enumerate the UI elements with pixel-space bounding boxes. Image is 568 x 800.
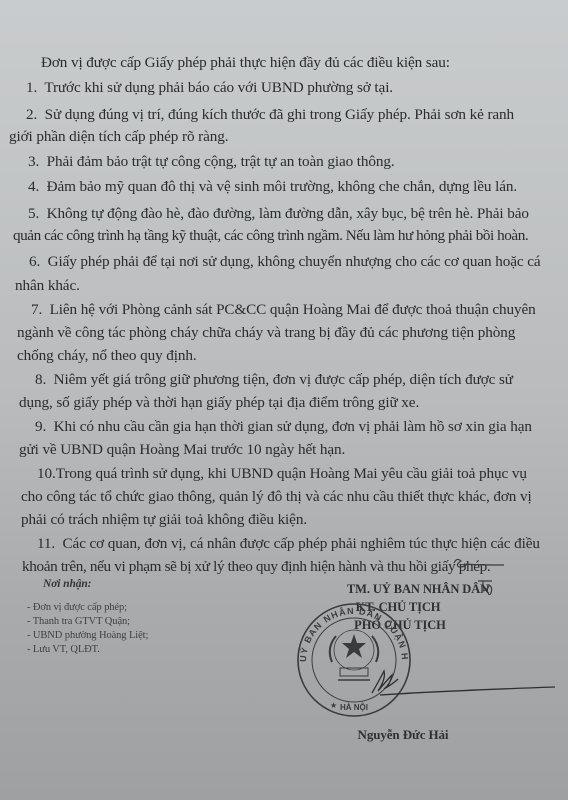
recipient-item: - Thanh tra GTVT Quận; [27, 616, 130, 627]
signatory-name: Nguyễn Đức Hải [348, 727, 458, 743]
condition-10-line-2: cho công tác tổ chức giao thông, quản lý… [21, 488, 483, 506]
condition-4: 4. Đảm bảo mỹ quan đô thị và vệ sinh môi… [28, 178, 517, 196]
recipient-item: - Lưu VT, QLĐT. [27, 644, 100, 655]
condition-7-line-1: 7. Liên hệ với Phòng cảnh sát PC&CC quận… [31, 301, 483, 319]
condition-5-line-2: quản các công trình hạ tầng kỹ thuật, cá… [13, 227, 528, 245]
condition-10-line-3: phải có trách nhiệm tự giải toả không đi… [21, 511, 307, 529]
condition-7-line-2: ngành về công tác phòng cháy chữa cháy v… [17, 324, 483, 342]
condition-9-line-2: gửi về UBND quận Hoàng Mai trước 10 ngày… [19, 441, 345, 459]
seal-city: HÀ NỘI [340, 703, 368, 712]
recipient-item: - UBND phường Hoàng Liệt; [27, 630, 148, 641]
condition-8-line-1: 8. Niêm yết giá trông giữ phương tiện, đ… [35, 371, 483, 389]
signature-mark [370, 665, 568, 705]
condition-7-line-3: chống cháy, nổ theo quy định. [17, 347, 197, 365]
condition-6-line-1: 6. Giấy phép phải để tại nơi sử dụng, kh… [29, 253, 483, 271]
signature-org: TM. UỶ BAN NHÂN DÂN [318, 582, 518, 597]
condition-5-line-1: 5. Không tự động đào hè, đào đường, làm … [28, 205, 483, 223]
condition-8-line-2: dụng, số giấy phép và thời hạn giấy phép… [19, 394, 419, 412]
condition-3: 3. Phải đảm bảo trật tự công cộng, trật … [28, 153, 395, 171]
condition-2-line-1: 2. Sử dụng đúng vị trí, đúng kích thước … [26, 106, 482, 124]
condition-10-line-1: 10.Trong quá trình sử dụng, khi UBND quậ… [37, 465, 483, 483]
svg-text:★: ★ [330, 701, 337, 710]
condition-6-line-2: nhân khác. [15, 277, 80, 295]
recipient-item: - Đơn vị được cấp phép; [27, 602, 127, 613]
recipients-heading: Nơi nhận: [43, 578, 91, 590]
condition-11-line-1: 11. Các cơ quan, đơn vị, cá nhân được cấ… [37, 535, 483, 553]
condition-2-line-2: giới phần diện tích cấp phép rõ ràng. [9, 128, 228, 146]
condition-9-line-1: 9. Khi có nhu cầu cần gia hạn thời gian … [35, 418, 483, 436]
intro-heading: Đơn vị được cấp Giấy phép phải thực hiện… [41, 54, 450, 72]
condition-1: 1. Trước khi sử dụng phải báo cáo với UB… [26, 79, 393, 97]
condition-11-line-2: khoản trên, nếu vi phạm sẽ bị xử lý theo… [22, 558, 490, 576]
